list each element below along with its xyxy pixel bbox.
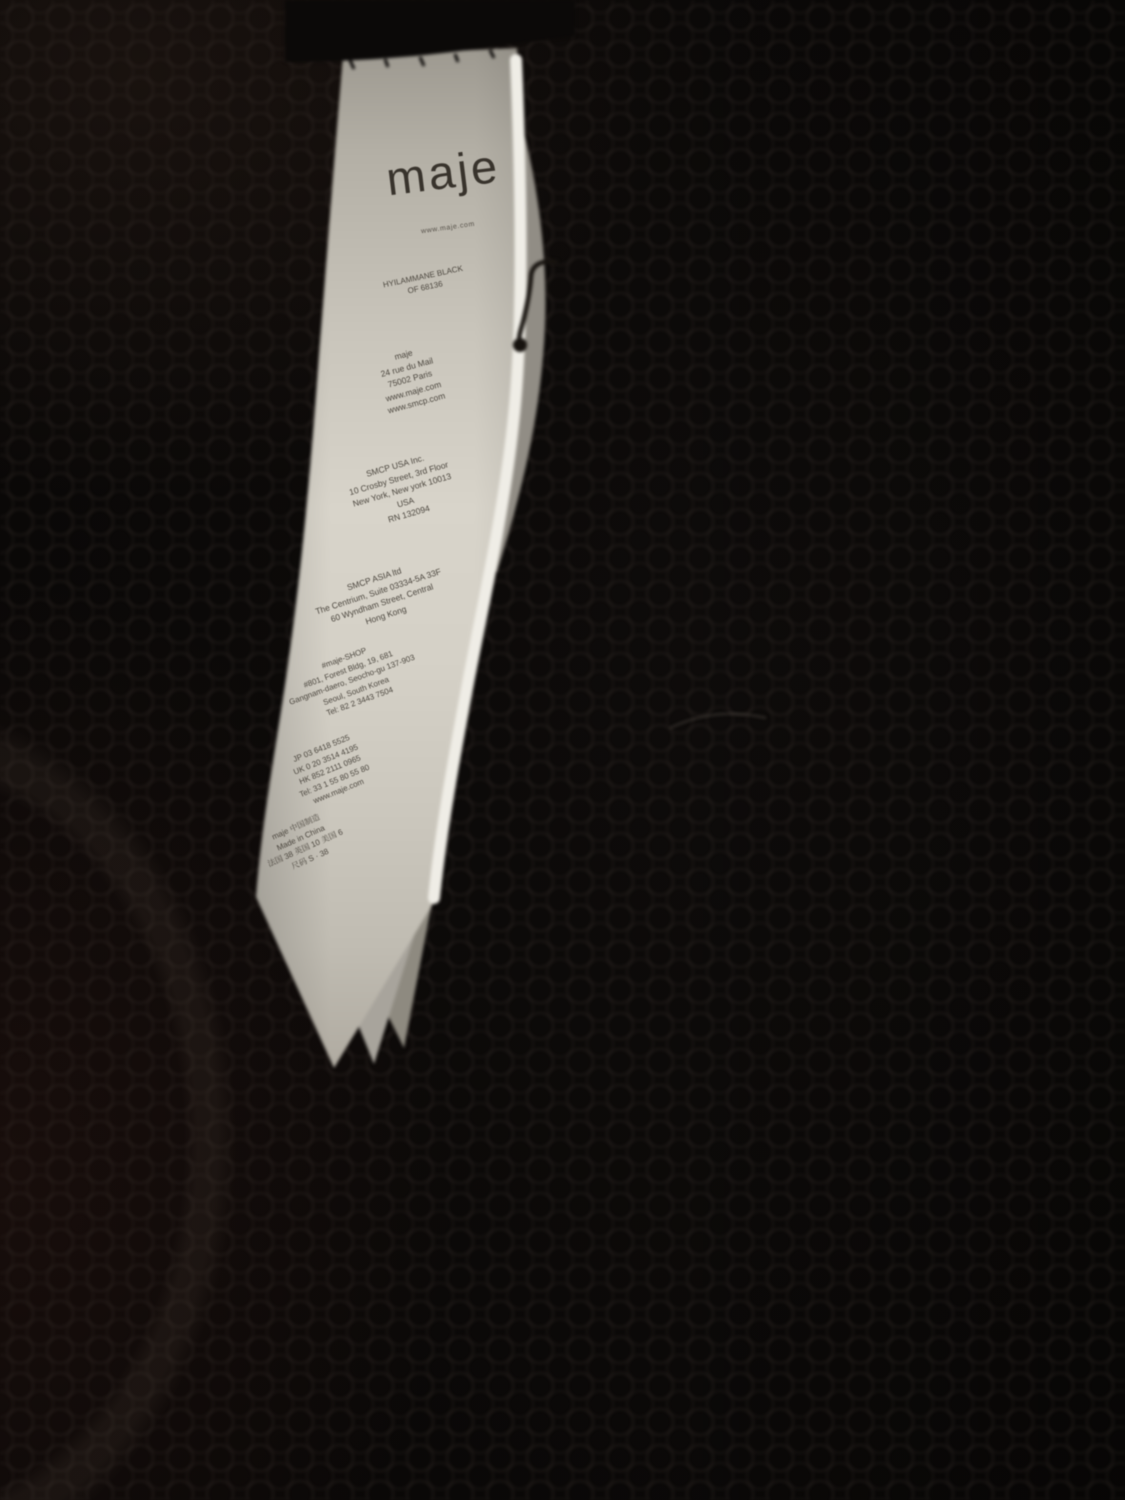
origin-size-block: maje 中国制造 Made in China 法国 38 英国 10 美国 6… (256, 805, 349, 880)
brand-logo: maje (383, 138, 503, 206)
photo-scene: maje www.maje.com HYILAMMANE BLACK OF 68… (0, 0, 1125, 1500)
label-text-layer: maje www.maje.com HYILAMMANE BLACK OF 68… (0, 0, 1125, 1500)
style-name-block: HYILAMMANE BLACK OF 68136 (382, 263, 466, 301)
contact-numbers-block: JP 03 6418 5525 UK 0 20 3514 4195 HK 852… (285, 729, 376, 810)
address-block-smcp-usa: SMCP USA Inc. 10 Crosby Street, 3rd Floo… (344, 446, 460, 534)
address-block-smcp-asia: SMCP ASIA ltd The Centrium, Suite 03334-… (310, 553, 450, 641)
address-block-maje-paris: maje 24 rue du Mail 75002 Paris www.maje… (373, 341, 446, 417)
brand-website: www.maje.com (421, 221, 476, 235)
address-block-smcp-korea: #maje-SHOP #801, Forest Bldg, 19, 681 Ga… (280, 630, 425, 730)
